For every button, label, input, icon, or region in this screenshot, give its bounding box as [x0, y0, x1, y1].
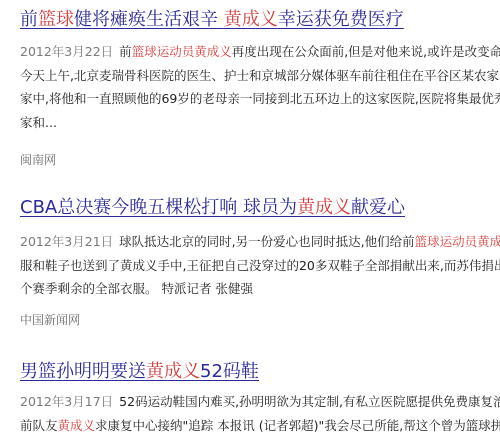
snippet-highlight: 黄成义 — [58, 418, 96, 433]
snippet-line: 家中,将他和一直照顾他的69岁的老母亲一同接到北五环边上的这家医院,医院将集最优… — [20, 87, 500, 111]
title-text: 前 — [20, 9, 38, 30]
snippet-text: 球队抵达北京的同时,另一份爱心也同时抵达,他们给前 — [119, 234, 414, 249]
snippet-text: 前 — [119, 44, 132, 59]
snippet-text: 再度出现在公众面前,但是对他来说,或许是改变命运的一天。 — [232, 44, 500, 59]
result-date: 2012年3月22日 — [20, 44, 113, 59]
result-title-link[interactable]: 前篮球健将瘫痪生活艰辛 黄成义幸运获免费医疗 — [20, 8, 404, 32]
search-result-item: 男篮孙明明要送黄成义52码鞋 2012年3月17日52码运动鞋国内难买,孙明明欲… — [20, 360, 259, 384]
search-result-item: 前篮球健将瘫痪生活艰辛 黄成义幸运获免费医疗 2012年3月22日前篮球运动员黄… — [20, 8, 404, 32]
title-highlight: 黄成义 — [146, 361, 200, 382]
result-snippet: 2012年3月21日球队抵达北京的同时,另一份爱心也同时抵达,他们给前篮球运动员… — [20, 230, 500, 301]
result-snippet: 2012年3月17日52码运动鞋国内难买,孙明明欲为其定制,有私立医院愿提供免费… — [20, 390, 500, 437]
title-text: 男篮孙明明要送 — [20, 361, 146, 382]
result-source: 中国新闻网 — [20, 311, 80, 329]
snippet-highlight: 篮球运动员黄成义 — [415, 234, 500, 249]
snippet-line: 2012年3月21日球队抵达北京的同时,另一份爱心也同时抵达,他们给前篮球运动员… — [20, 230, 500, 254]
snippet-highlight: 篮球运动员黄成义 — [132, 44, 232, 59]
title-highlight: 篮球 — [38, 9, 74, 30]
title-text: 52码鞋 — [200, 361, 259, 382]
title-highlight: 黄成义 — [224, 9, 278, 30]
result-date: 2012年3月21日 — [20, 234, 113, 249]
result-title-link[interactable]: 男篮孙明明要送黄成义52码鞋 — [20, 360, 259, 384]
snippet-line: 个赛季剩余的全部衣服。 特派记者 张健强 — [20, 277, 500, 301]
snippet-line: 家和... — [20, 111, 500, 135]
snippet-text: 前队友 — [20, 418, 58, 433]
snippet-text: 求康复中心接纳"追踪 本报讯 (记者郭超)"我会尽己所能,帮这个曾为篮球拼搏过的 — [95, 418, 500, 433]
title-text: 健将瘫痪生活艰辛 — [74, 9, 224, 30]
snippet-line: 2012年3月22日前篮球运动员黄成义再度出现在公众面前,但是对他来说,或许是改… — [20, 40, 500, 64]
result-title-link[interactable]: CBA总决赛今晚五棵松打响 球员为黄成义献爱心 — [20, 196, 405, 220]
snippet-line: 2012年3月17日52码运动鞋国内难买,孙明明欲为其定制,有私立医院愿提供免费… — [20, 390, 500, 414]
result-date: 2012年3月17日 — [20, 394, 113, 409]
snippet-text: 52码运动鞋国内难买,孙明明欲为其定制,有私立医院愿提供免费康复治疗 — [119, 394, 500, 409]
title-text: CBA总决赛今晚五棵松打响 球员为 — [20, 197, 297, 218]
snippet-line: 前队友黄成义求康复中心接纳"追踪 本报讯 (记者郭超)"我会尽己所能,帮这个曾为… — [20, 414, 500, 438]
result-snippet: 2012年3月22日前篮球运动员黄成义再度出现在公众面前,但是对他来说,或许是改… — [20, 40, 500, 134]
title-highlight: 黄成义 — [297, 197, 351, 218]
result-source: 闽南网 — [20, 151, 56, 169]
title-text: 献爱心 — [351, 197, 405, 218]
snippet-line: 今天上午,北京麦瑞骨科医院的医生、护士和京城部分媒体驱车前往租住在平谷区某农家的… — [20, 64, 500, 88]
search-result-item: CBA总决赛今晚五棵松打响 球员为黄成义献爱心 2012年3月21日球队抵达北京… — [20, 196, 405, 220]
snippet-line: 服和鞋子也送到了黄成义手中,王征把自己没穿过的20多双鞋子全部捐献出来,而苏伟捐… — [20, 254, 500, 278]
title-text: 幸运获免费医疗 — [278, 9, 404, 30]
